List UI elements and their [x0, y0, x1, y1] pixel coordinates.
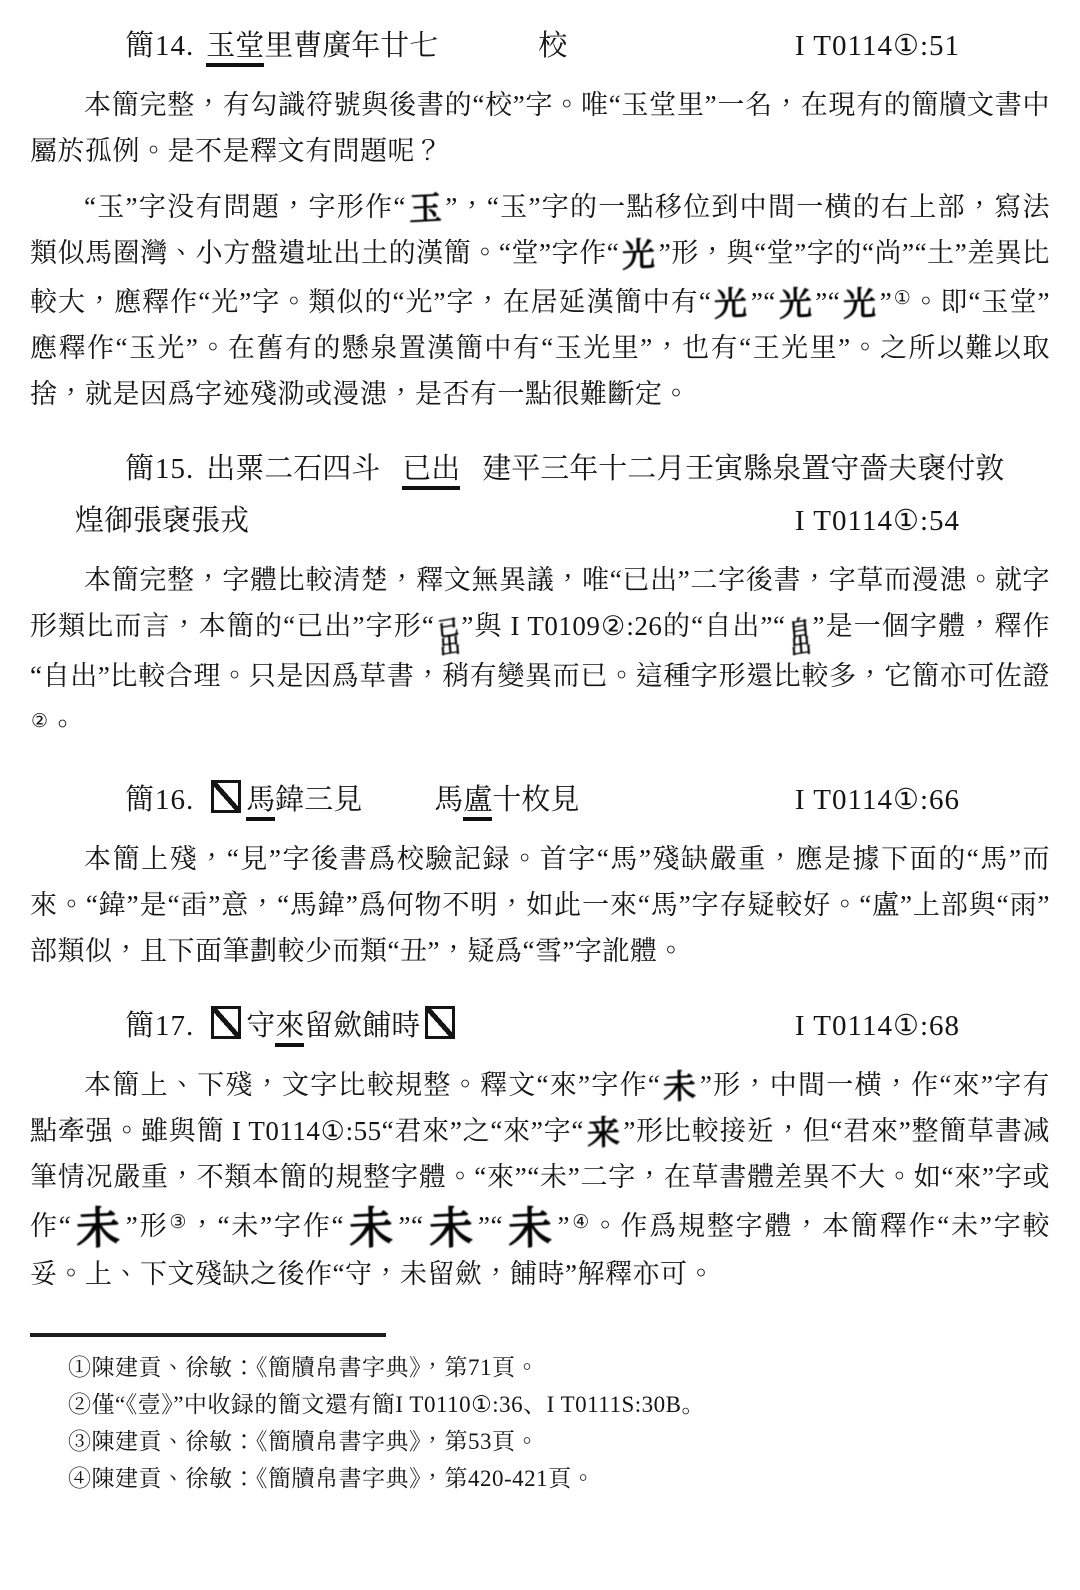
slip-16-transcription: 十枚見 [492, 784, 579, 816]
slip-14-paragraph-1: 本簡完整，有勾識符號與後書的“校”字。唯“玉堂里”一名，在現有的簡牘文書中屬於孤… [30, 82, 1050, 174]
slip-15-section: 簡15.出粟二石四斗已出建平三年十二月壬寅縣泉置守嗇夫襃付敦 煌御張襃張戎 I … [30, 443, 1050, 748]
text-segment: ”“ [751, 287, 776, 317]
slip-16-ref-number: I T0114①:66 [795, 774, 960, 826]
slip-17-ref-number: I T0114①:68 [795, 1000, 960, 1052]
slip-14-check-word: 校 [538, 30, 567, 62]
slip-16-heading: 簡16.馬鍏三見馬盧十枚見 I T0114①:66 [30, 774, 1050, 826]
brush-glyph-image: 光 [843, 288, 877, 323]
slip-14-transcription: 里曹廣年廿七 [264, 30, 438, 62]
slip-17-label: 簡17. [125, 1010, 194, 1042]
text-segment: 。 [49, 710, 77, 740]
footnote-item: ④陳建貢、徐敏：《簡牘帛書字典》，第420-421頁。 [30, 1460, 1050, 1497]
brush-glyph-image: 自出 [787, 615, 811, 654]
slip-17-transcription: 留歛餔時 [304, 1010, 420, 1042]
text-segment: ”與 I T0109②:26的“自出”“ [461, 611, 785, 641]
footnote-ref-mark: ② [31, 711, 48, 732]
slip-14-section: 簡14.玉堂里曹廣年廿七校 I T0114①:51 本簡完整，有勾識符號與後書的… [30, 20, 1050, 417]
brush-glyph-image: 未 [76, 1206, 121, 1252]
slip-14-heading: 簡14.玉堂里曹廣年廿七校 I T0114①:51 [30, 20, 1050, 72]
brush-glyph-image: 未 [349, 1206, 394, 1252]
document-page: 簡14.玉堂里曹廣年廿七校 I T0114①:51 本簡完整，有勾識符號與後書的… [0, 0, 1080, 1590]
slip-15-ref-number: I T0114①:54 [795, 495, 960, 547]
slip-15-heading-line-1: 簡15.出粟二石四斗已出建平三年十二月壬寅縣泉置守嗇夫襃付敦 [30, 443, 1050, 495]
brush-glyph-image: 来 [587, 1117, 621, 1152]
text-segment: 本簡上、下殘，文字比較規整。釋文“來”字作“ [84, 1070, 660, 1100]
footnote-separator [30, 1333, 386, 1337]
text-segment: ”形 [126, 1211, 169, 1241]
slip-17-section: 簡17.守來留歛餔時 I T0114①:68 本簡上、下殘，文字比較規整。釋文“… [30, 1000, 1050, 1297]
damaged-character-box-icon [211, 780, 241, 813]
text-segment: ” [880, 287, 892, 317]
slip-16-paragraph: 本簡上殘，“見”字後書爲校驗記録。首字“馬”殘缺嚴重，應是據下面的“馬”而來。“… [30, 836, 1050, 974]
slip-16-transcription: 鍏三見 [275, 784, 362, 816]
brush-glyph-image: 光 [779, 288, 813, 323]
slip-17-underlined-text: 來 [275, 1010, 304, 1047]
slip-16-label: 簡16. [125, 784, 194, 816]
footnote-ref-mark: ③ [169, 1212, 187, 1233]
text-segment: “玉”字没有問題，字形作“ [84, 192, 406, 222]
slip-15-label: 簡15. [125, 453, 194, 485]
slip-15-transcription: 出粟二石四斗 [206, 453, 380, 485]
text-segment: ” [557, 1211, 569, 1241]
footnote-ref-mark: ① [893, 288, 911, 309]
slip-14-ref-number: I T0114①:51 [795, 20, 960, 72]
text-segment: ”“ [399, 1211, 424, 1241]
slip-15-heading-line-2: 煌御張襃張戎 I T0114①:54 [30, 495, 1050, 547]
slip-17-paragraph: 本簡上、下殘，文字比較規整。釋文“來”字作“未”形，中間一横，作“來”字有點牽强… [30, 1062, 1050, 1297]
slip-17-heading: 簡17.守來留歛餔時 I T0114①:68 [30, 1000, 1050, 1052]
slip-16-underlined-text: 馬 [246, 784, 275, 821]
slip-15-underlined-text: 已出 [402, 453, 460, 490]
slip-16-transcription: 馬 [434, 784, 463, 816]
footnote-item: ②僅“《壹》”中收録的簡文還有簡I T0110①:36、I T0111S:30B… [30, 1386, 1050, 1423]
brush-glyph-image: 玉 [409, 193, 443, 228]
footnote-item: ①陳建貢、徐敏：《簡牘帛書字典》，第71頁。 [30, 1349, 1050, 1386]
footnotes-block: ①陳建貢、徐敏：《簡牘帛書字典》，第71頁。 ②僅“《壹》”中收録的簡文還有簡I… [30, 1349, 1050, 1497]
damaged-character-box-icon [211, 1006, 241, 1039]
brush-glyph-image: 已出 [436, 615, 460, 654]
slip-14-paragraph-2: “玉”字没有問題，字形作“玉”，“玉”字的一點移位到中間一横的右上部，寫法類似馬… [30, 184, 1050, 417]
slip-15-paragraph: 本簡完整，字體比較清楚，釋文無異議，唯“已出”二字後書，字草而漫漶。就字形類比而… [30, 557, 1050, 748]
slip-14-label: 簡14. [125, 30, 194, 62]
brush-glyph-image: 光 [622, 239, 656, 274]
footnote-ref-mark: ④ [571, 1212, 591, 1233]
slip-15-transcription: 建平三年十二月壬寅縣泉置守嗇夫襃付敦 [482, 453, 1004, 485]
slip-16-underlined-text: 盧 [463, 784, 492, 821]
brush-glyph-image: 未 [508, 1206, 553, 1252]
slip-17-transcription: 守 [246, 1010, 275, 1042]
text-segment: ”“ [815, 287, 840, 317]
slip-16-section: 簡16.馬鍏三見馬盧十枚見 I T0114①:66 本簡上殘，“見”字後書爲校驗… [30, 774, 1050, 974]
damaged-character-box-icon [425, 1006, 455, 1039]
slip-14-underlined-text: 玉堂 [206, 30, 264, 67]
text-segment: ，“未”字作“ [189, 1211, 344, 1241]
brush-glyph-image: 未 [663, 1071, 697, 1106]
brush-glyph-image: 未 [428, 1206, 473, 1252]
slip-15-transcription: 煌御張襃張戎 [75, 505, 249, 537]
brush-glyph-image: 光 [714, 288, 748, 323]
footnote-item: ③陳建貢、徐敏：《簡牘帛書字典》，第53頁。 [30, 1423, 1050, 1460]
text-segment: ”“ [478, 1211, 503, 1241]
